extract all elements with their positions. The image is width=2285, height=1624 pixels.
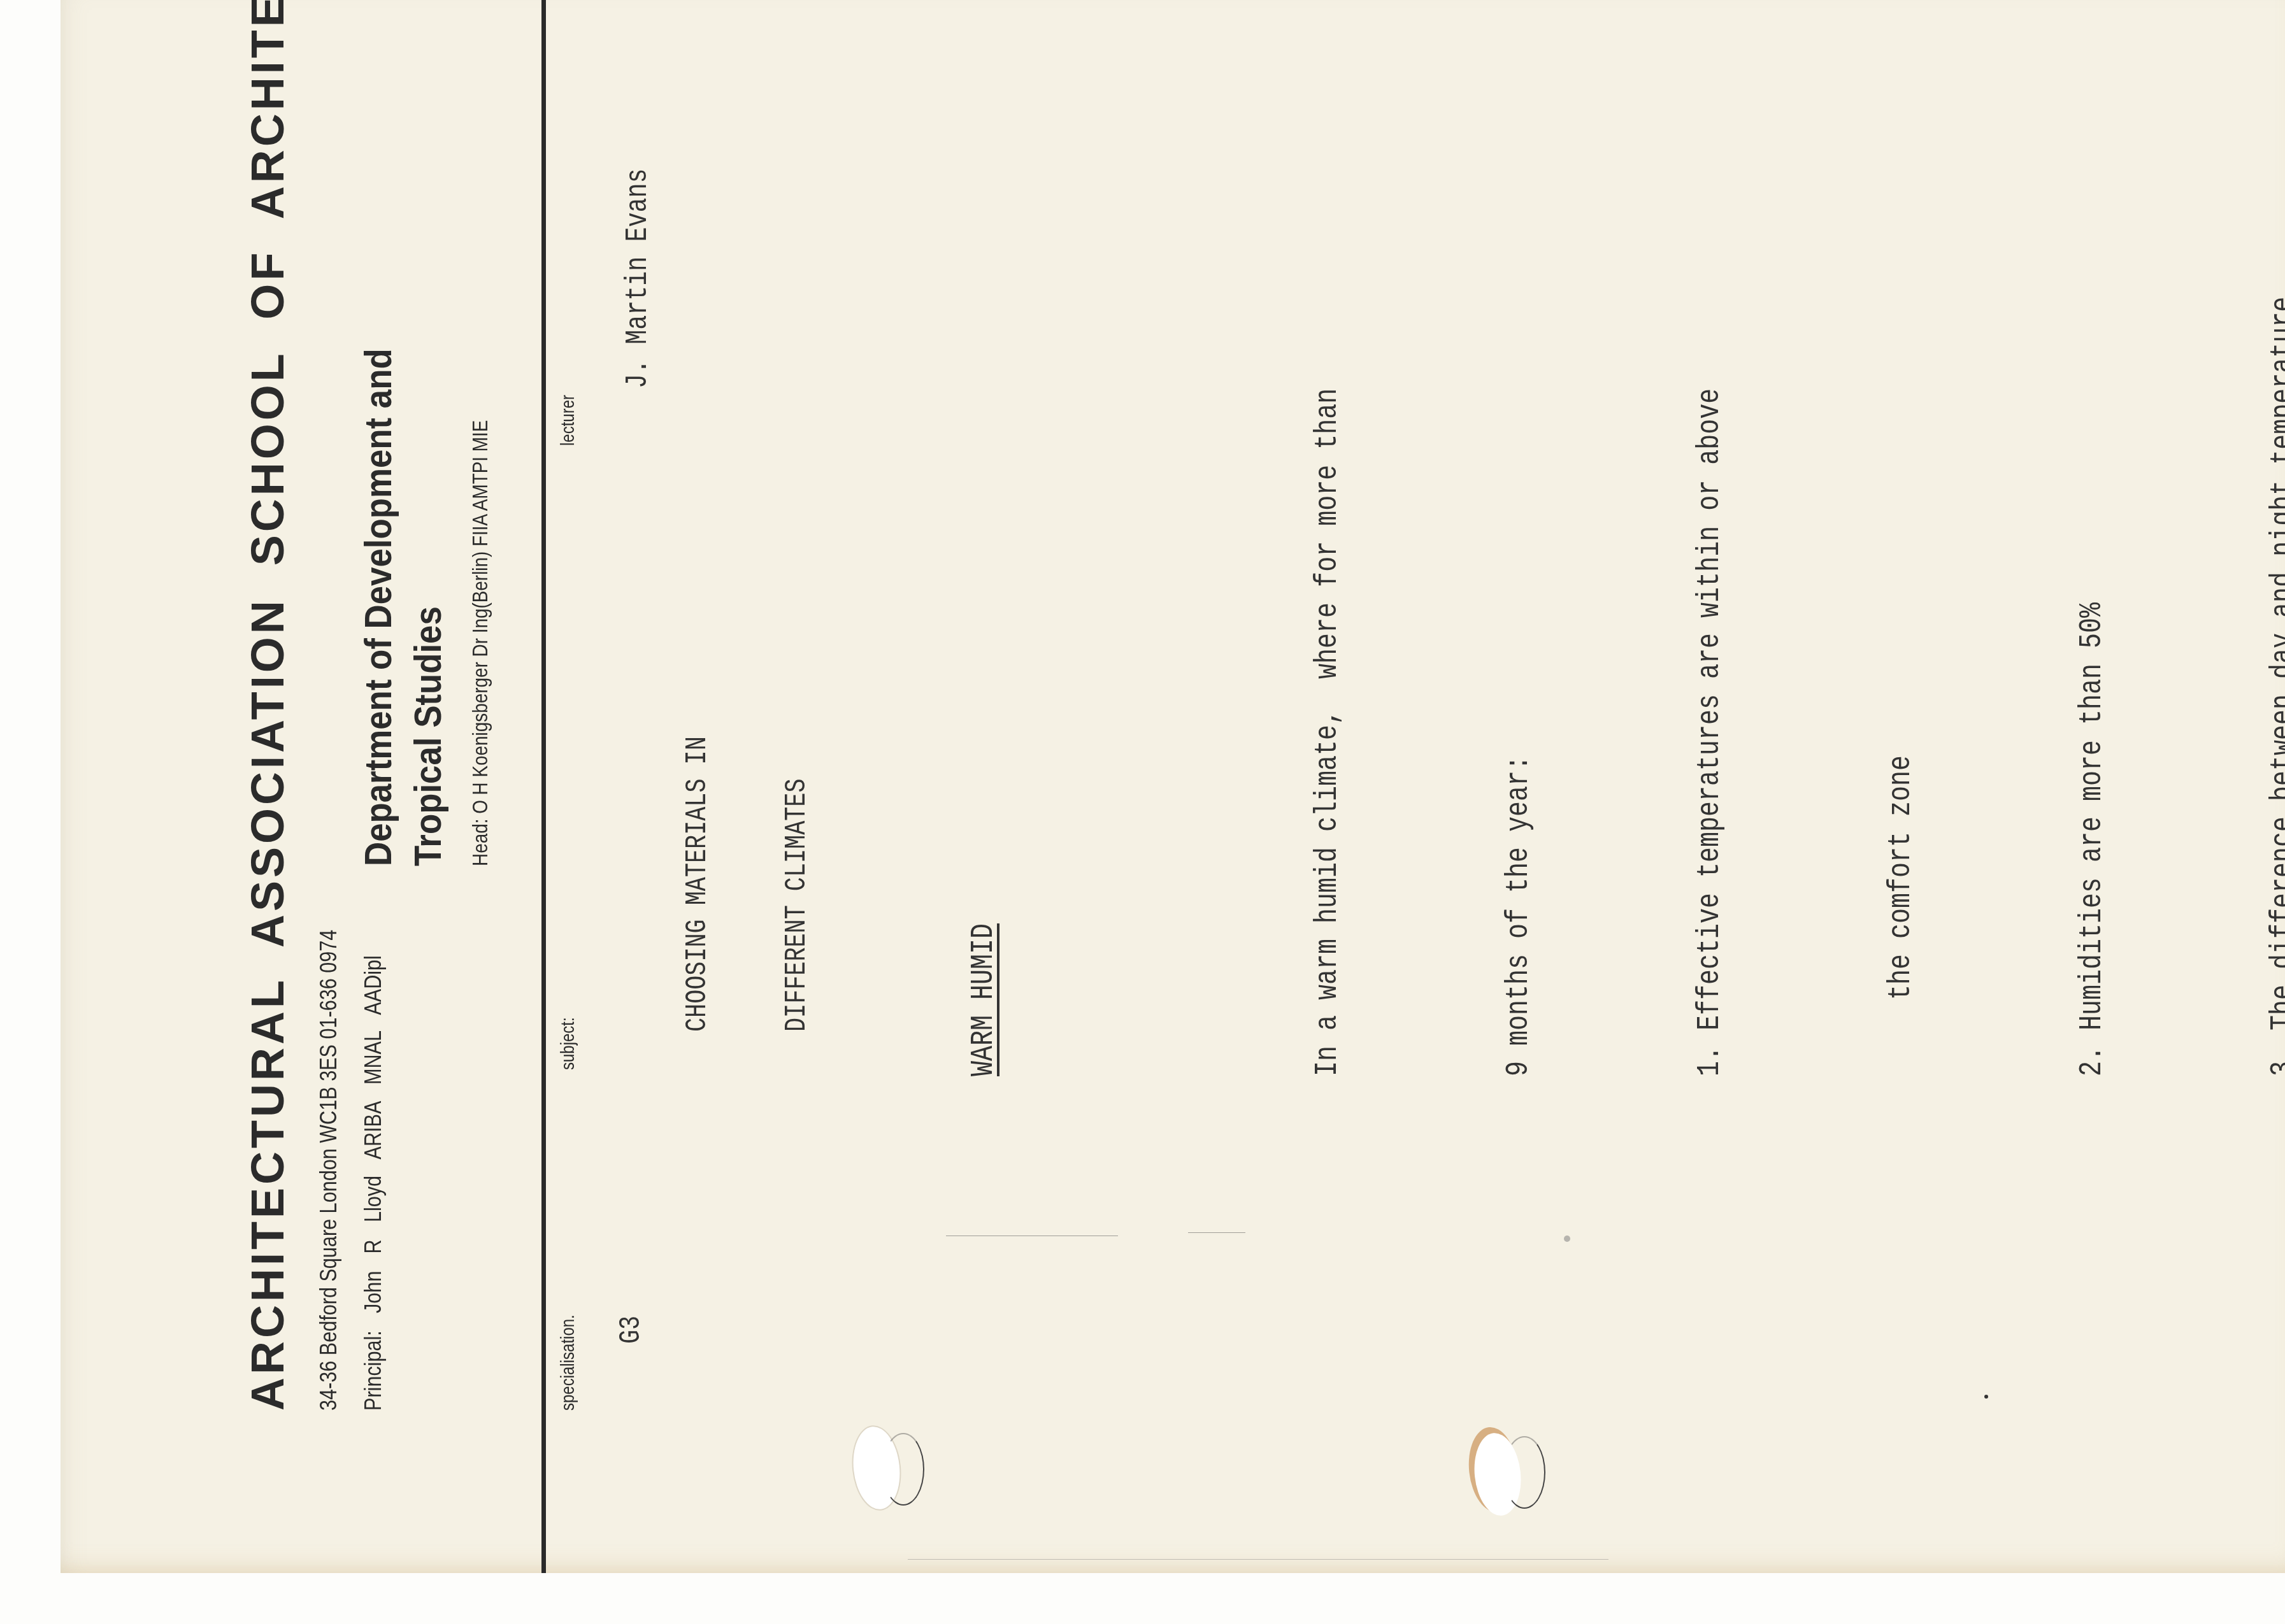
body-line: 2. Humidities are more than 50%: [2061, 297, 2124, 1076]
principal-line: Principal: John R Lloyd ARIBA MNAL AADip…: [360, 955, 387, 1411]
body-line: 3. The difference between day and night …: [2252, 297, 2285, 1076]
subject-line-1: CHOOSING MATERIALS IN: [681, 736, 714, 1032]
lecturer-label: lecturer: [557, 395, 579, 446]
subject-label: subject:: [557, 1017, 579, 1070]
header-divider: [541, 0, 546, 1573]
binder-hole-ring: [1503, 1436, 1545, 1509]
body-line: the comfort zone: [1870, 297, 1933, 1076]
paper-speck: [1984, 1395, 1988, 1399]
scan-artifact-line: [1188, 1232, 1245, 1233]
department-line-2: Tropical Studies: [403, 348, 453, 866]
institution-title: ARCHITECTURAL ASSOCIATION SCHOOL OF ARCH…: [242, 0, 294, 1411]
section-heading: WARM HUMID: [952, 297, 1016, 1076]
body-line: In a warm humid climate, where for more …: [1296, 297, 1360, 1076]
specialisation-label: specialisation.: [557, 1314, 579, 1411]
body-line: 1. Effective temperatures are within or …: [1679, 297, 1742, 1076]
scanned-sheet: ARCHITECTURAL ASSOCIATION SCHOOL OF ARCH…: [61, 0, 2285, 1573]
specialisation-value: G3: [615, 1316, 648, 1344]
department-head: Head: O H Koenigsberger Dr Ing(Berlin) F…: [468, 420, 493, 866]
body-text: WARM HUMID In a warm humid climate, wher…: [825, 297, 2285, 1076]
paper-speck: [1564, 1236, 1570, 1242]
institution-address: 34-36 Bedford Square London WC1B 3ES 01-…: [315, 930, 342, 1411]
subject-line-2: DIFFERENT CLIMATES: [780, 736, 813, 1032]
department-line-1: Department of Development and: [354, 348, 403, 866]
department-name: Department of Development and Tropical S…: [354, 348, 453, 866]
body-line: 9 months of the year:: [1487, 297, 1551, 1076]
document-page: ARCHITECTURAL ASSOCIATION SCHOOL OF ARCH…: [61, 0, 2285, 1573]
scan-artifact-line: [908, 1559, 1608, 1560]
binder-hole-ring: [882, 1433, 924, 1506]
lecturer-value: J. Martin Evans: [621, 168, 655, 388]
scan-artifact-line: [946, 1236, 1118, 1236]
